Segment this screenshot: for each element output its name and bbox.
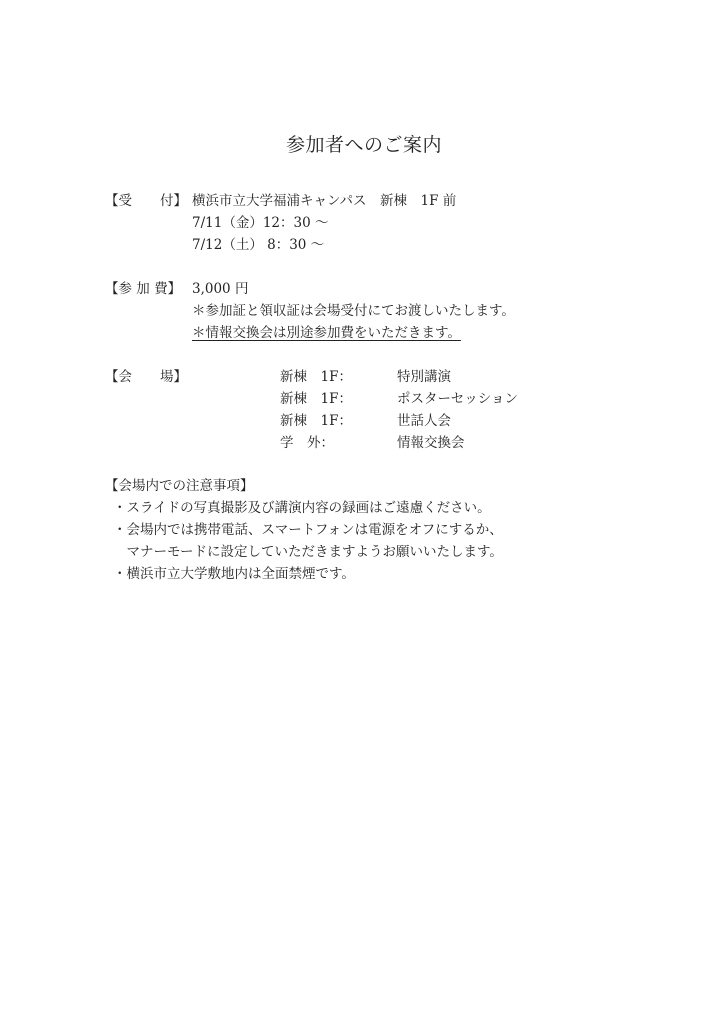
venue-event: 世話人会 <box>397 409 451 429</box>
fee-note-certificate: ＊参加証と領収証は会場受付にてお渡しいたします。 <box>192 299 515 319</box>
venue-event: 特別講演 <box>397 365 451 385</box>
venue-event: 情報交換会 <box>397 431 465 451</box>
reception-location: 横浜市立大学福浦キャンパス 新棟 1F 前 <box>192 189 456 209</box>
reception-time-day2: 7/12（土） 8：30 ～ <box>192 233 324 253</box>
fee-note-networking: ＊情報交換会は別途参加費をいただきます。 <box>192 321 461 341</box>
notes-heading: 【会場内での注意事項】 <box>105 474 254 494</box>
reception-time-day1: 7/11（金）12：30 ～ <box>192 211 328 231</box>
venue-location: 新棟 1F： <box>280 387 352 407</box>
page-title: 参加者へのご案内 <box>286 130 442 157</box>
notes-item: ・会場内では携帯電話、スマートフォンは電源をオフにするか、 <box>113 518 503 538</box>
notes-item: ・スライドの写真撮影及び講演内容の録画はご遠慮ください。 <box>113 496 491 516</box>
venue-label-open: 【会 <box>105 365 132 385</box>
venue-location: 新棟 1F： <box>280 365 352 385</box>
reception-label-open: 【受 <box>105 189 132 209</box>
notes-item: マナーモードに設定していただきますようお願いいたします。 <box>113 540 503 560</box>
venue-event: ポスターセッション <box>397 387 518 407</box>
reception-label-close: 付】 <box>160 189 187 209</box>
venue-location: 新棟 1F： <box>280 409 352 429</box>
venue-location: 学 外： <box>280 431 334 451</box>
notes-item: ・横浜市立大学敷地内は全面禁煙です。 <box>113 562 355 582</box>
venue-label-close: 場】 <box>160 365 187 385</box>
fee-amount: 3,000 円 <box>192 277 248 297</box>
fee-label: 【参 加 費】 <box>105 277 181 297</box>
